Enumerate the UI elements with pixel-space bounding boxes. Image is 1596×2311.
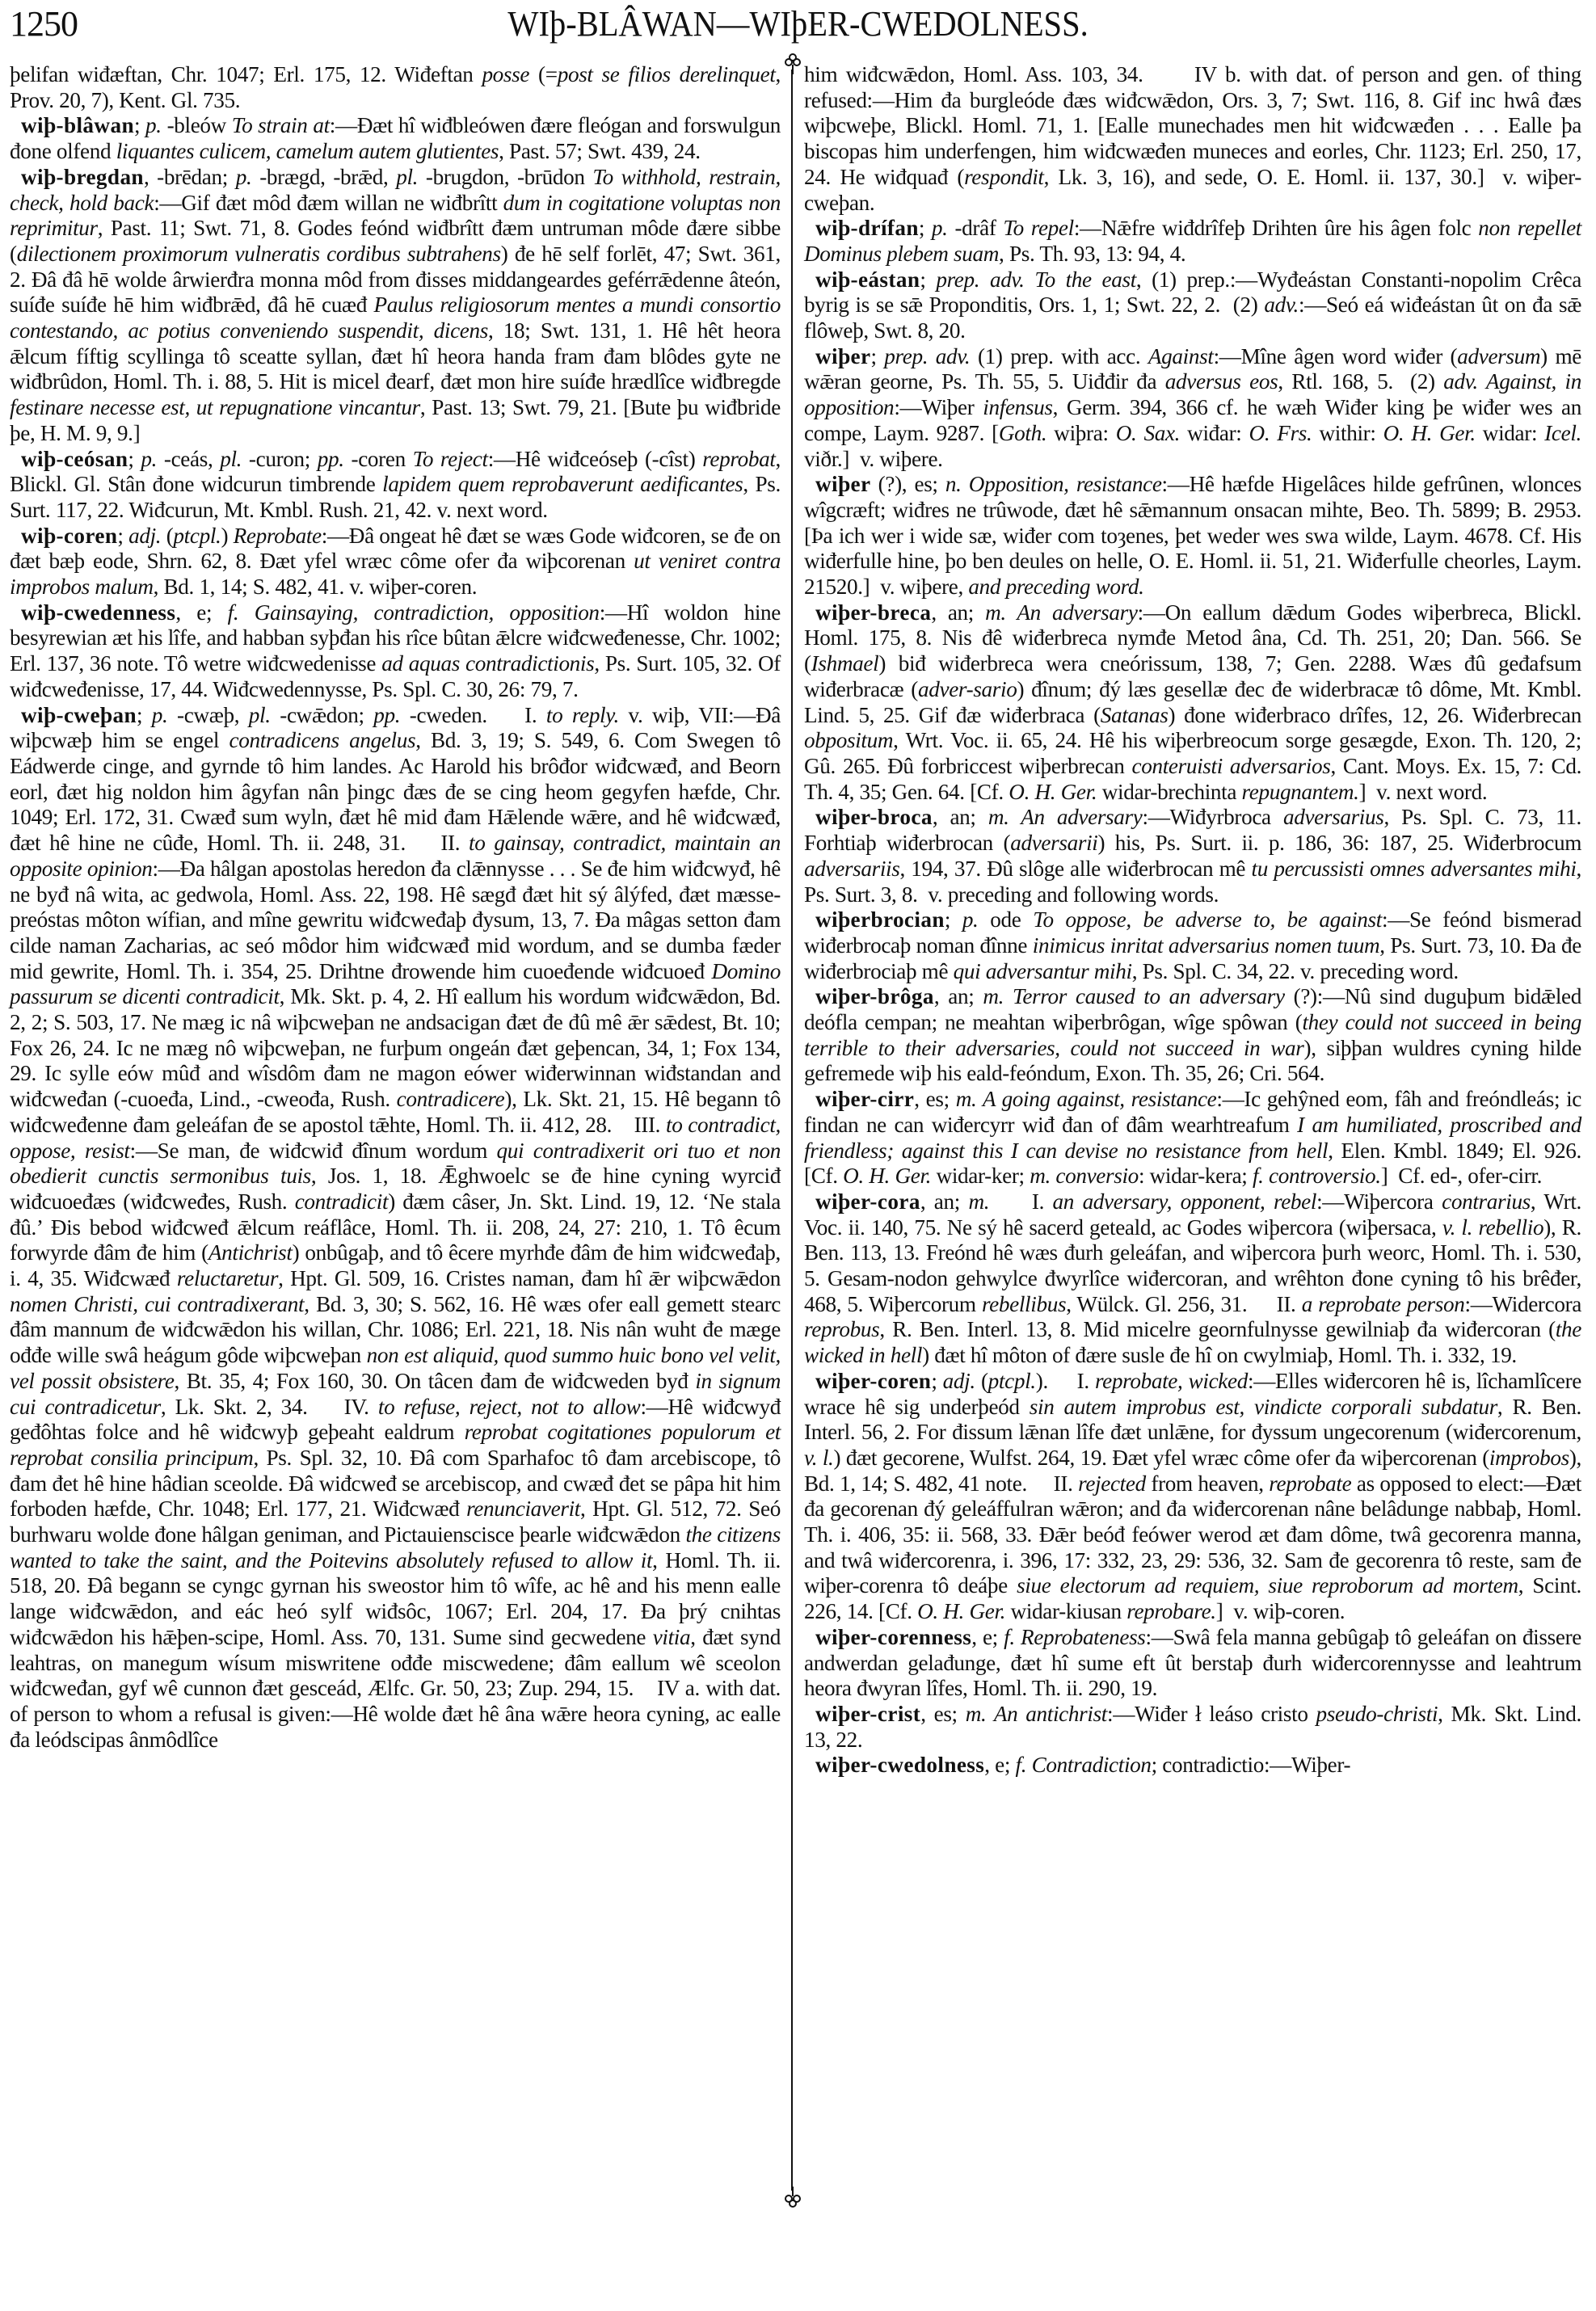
entry-continuation: þelifan wiđæftan, Chr. 1047; Erl. 175, 1… (10, 62, 781, 113)
page-header: 1250 WIþ-BLÂWAN—WIþER-CWEDOLNESS. (0, 0, 1596, 57)
dictionary-entry: wiþer (?), es; n. Opposition, resistance… (804, 472, 1581, 600)
headword: wiþerbrocian (815, 907, 945, 932)
headword: wiþer-crist (815, 1702, 920, 1726)
headword: wiþer-brôga (815, 984, 934, 1008)
headword: wiþer (815, 472, 870, 496)
dictionary-entry: wiþer-crist, es; m. An antichrist:—Wiđer… (804, 1702, 1581, 1753)
headword: wiþer-cirr (815, 1087, 914, 1111)
headword: wiþ-ceósan (21, 447, 128, 471)
headword: wiþer (815, 344, 870, 368)
dictionary-entry: wiþerbrocian; p. ode To oppose, be adver… (804, 907, 1581, 984)
entry-body: , es; m. A going against, resistance:—Ic… (804, 1087, 1581, 1188)
entry-body: ; prep. adv. (1) prep. with acc. Against… (804, 344, 1581, 471)
entry-body: þelifan wiđæftan, Chr. 1047; Erl. 175, 1… (10, 62, 781, 112)
running-head: WIþ-BLÂWAN—WIþER-CWEDOLNESS. (64, 3, 1532, 44)
dictionary-entry: wiþer-coren; adj. (ptcpl.). I. reprobate… (804, 1369, 1581, 1625)
entry-body: , -brēdan; p. -brægd, -brǣd, pl. -brugdo… (10, 165, 781, 445)
headword: wiþer-corenness (815, 1625, 971, 1649)
entry-body: (?), es; n. Opposition, resistance:—Hê h… (804, 472, 1581, 599)
trefoil-ornament-icon (784, 2187, 802, 2208)
headword: wiþer-cwedolness (815, 1753, 984, 1777)
dictionary-entry: wiþ-cweþan; p. -cwæþ, pl. -cwǣdon; pp. -… (10, 703, 781, 1753)
dictionary-entry: wiþ-blâwan; p. -bleów To strain at:—Đæt … (10, 113, 781, 164)
headword: wiþer-cora (815, 1189, 920, 1214)
headword: wiþer-breca (815, 600, 931, 625)
dictionary-entry: wiþer-cwedolness, e; f. Contradiction; c… (804, 1753, 1581, 1779)
headword: wiþ-blâwan (21, 113, 134, 137)
dictionary-entry: wiþer-cirr, es; m. A going against, resi… (804, 1087, 1581, 1189)
dictionary-entry: wiþer-breca, an; m. An adversary:—On eal… (804, 600, 1581, 806)
entry-body: ; adj. (ptcpl.). I. reprobate, wicked:—E… (804, 1369, 1581, 1623)
right-column: him wiđcwǣdon, Homl. Ass. 103, 34. IV b.… (804, 62, 1581, 1779)
dictionary-entry: wiþ-bregdan, -brēdan; p. -brægd, -brǣd, … (10, 165, 781, 447)
headword: wiþer-coren (815, 1369, 931, 1393)
entry-body: ; adj. (ptcpl.) Reprobate:—Đâ ongeat hê … (10, 524, 781, 599)
entry-body: ; p. -cwæþ, pl. -cwǣdon; pp. -cweden. I.… (10, 703, 781, 1752)
headword: wiþer-broca (815, 805, 933, 829)
entry-body: , an; m. An adversary:—On eallum dǣdum G… (804, 600, 1581, 804)
dictionary-entry: wiþer; prep. adv. (1) prep. with acc. Ag… (804, 344, 1581, 473)
dictionary-entry: wiþ-ceósan; p. -ceás, pl. -curon; pp. -c… (10, 447, 781, 524)
trefoil-ornament-icon (784, 53, 802, 74)
headword: wiþ-cwedenness (21, 600, 175, 625)
dictionary-entry: wiþ-coren; adj. (ptcpl.) Reprobate:—Đâ o… (10, 524, 781, 600)
entry-continuation: him wiđcwǣdon, Homl. Ass. 103, 34. IV b.… (804, 62, 1581, 216)
headword: wiþ-coren (21, 524, 117, 548)
column-rule (791, 69, 793, 2191)
dictionary-entry: wiþ-drífan; p. -drâf To repel:—Nǣfre wiđ… (804, 216, 1581, 267)
dictionary-entry: wiþer-brôga, an; m. Terror caused to an … (804, 984, 1581, 1087)
dictionary-entry: wiþ-eástan; prep. adv. To the east, (1) … (804, 267, 1581, 344)
entry-body: him wiđcwǣdon, Homl. Ass. 103, 34. IV b.… (804, 62, 1581, 215)
left-column: þelifan wiđæftan, Chr. 1047; Erl. 175, 1… (10, 62, 781, 1753)
headword: wiþ-cweþan (21, 703, 137, 727)
entry-body: , es; m. An antichrist:—Wiđer ł leáso cr… (804, 1702, 1581, 1752)
headword: wiþ-eástan (815, 267, 920, 292)
entry-body: , e; f. Contradiction; contradictio:—Wiþ… (984, 1753, 1350, 1777)
dictionary-entry: wiþer-broca, an; m. An adversary:—Wiđyrb… (804, 805, 1581, 907)
entry-body: ; prep. adv. To the east, (1) prep.:—Wyđ… (804, 267, 1581, 343)
headword: wiþ-bregdan (21, 165, 144, 189)
dictionary-entry: wiþer-cora, an; m. I. an adversary, oppo… (804, 1189, 1581, 1369)
dictionary-entry: wiþer-corenness, e; f. Reprobateness:—Sw… (804, 1625, 1581, 1702)
entry-body: ; p. -drâf To repel:—Nǣfre wiđdrîfeþ Dri… (804, 216, 1581, 266)
entry-body: , an; m. I. an adversary, opponent, rebe… (804, 1189, 1581, 1367)
headword: wiþ-drífan (815, 216, 919, 240)
dictionary-entry: wiþ-cwedenness, e; f. Gainsaying, contra… (10, 600, 781, 703)
